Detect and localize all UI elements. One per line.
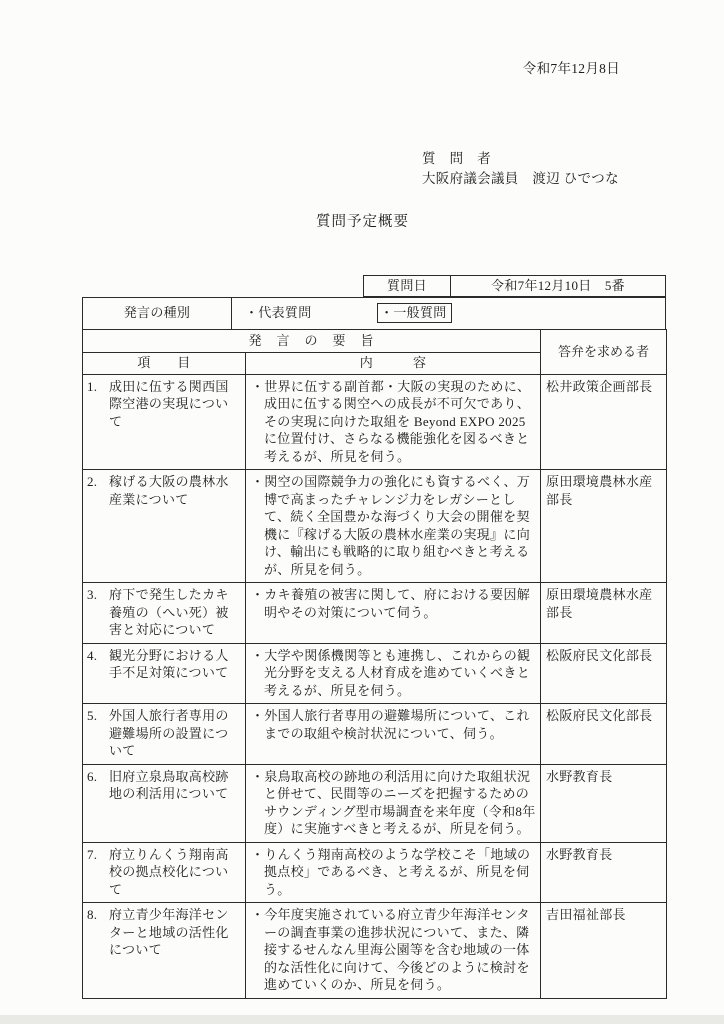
respondent-cell: 原田環境農林水産部長 <box>541 470 667 583</box>
item-cell: 4.観光分野における人手不足対策について <box>83 643 246 704</box>
content-cell: ・世界に伍する副首都・大阪の実現のために、成田に伍する関空への成長が不可欠であり… <box>246 374 541 470</box>
item-cell: 7.府立りんくう翔南高校の拠点校化について <box>83 842 246 903</box>
option-general-question: ・一般質問 <box>377 303 452 324</box>
table-row: 2.稼げる大阪の農林水産業について・関空の国際競争力の強化にも資するべく、万博で… <box>83 470 667 583</box>
content-text: ・りんくう翔南高校のような学校こそ「地域の拠点校」であるべき、と考えるが、所見を… <box>251 846 536 899</box>
content-text: ・世界に伍する副首都・大阪の実現のために、成田に伍する関空への成長が不可欠であり… <box>251 378 536 466</box>
row-number: 5. <box>87 707 109 725</box>
content-text: ・大学や関係機関等とも連携し、これからの観光分野を支える人材育成を進めていくべき… <box>251 647 536 700</box>
question-summary-table: 発 言 の 要 旨 答弁を求める者 項 目 内 容 1.成田に伍する関西国際空港… <box>82 329 667 999</box>
questioner-label: 質 問 者 <box>422 150 619 168</box>
questioner-block: 質 問 者 大阪府議会議員 渡辺 ひでつな <box>422 150 619 189</box>
item-cell: 8.府立青少年海洋センターと地域の活性化について <box>83 903 246 999</box>
content-cell: ・大学や関係機関等とも連携し、これからの観光分野を支える人材育成を進めていくべき… <box>246 643 541 704</box>
item-title: 成田に伍する関西国際空港の実現について <box>109 379 229 429</box>
respondent-cell: 松阪府民文化部長 <box>541 704 667 765</box>
question-date-value: 令和7年12月10日 5番 <box>451 276 666 297</box>
item-title: 旧府立泉鳥取高校跡地の利活用について <box>109 769 229 802</box>
respondent-cell: 松阪府民文化部長 <box>541 643 667 704</box>
speech-type-label: 発言の種別 <box>83 298 232 330</box>
content-cell: ・りんくう翔南高校のような学校こそ「地域の拠点校」であるべき、と考えるが、所見を… <box>246 842 541 903</box>
questioner-name: 大阪府議会議員 渡辺 ひでつな <box>422 170 619 188</box>
row-number: 4. <box>87 647 109 665</box>
content-text: ・外国人旅行者専用の避難場所について、これまでの取組や検討状況について、伺う。 <box>251 707 536 742</box>
row-number: 7. <box>87 846 109 864</box>
content-text: ・関空の国際競争力の強化にも資するべく、万博で高まったチャレンジ力をレガシーとし… <box>251 473 536 578</box>
item-cell: 6.旧府立泉鳥取高校跡地の利活用について <box>83 764 246 842</box>
table-header-row-gist: 発 言 の 要 旨 答弁を求める者 <box>83 330 667 353</box>
table-row: 5.外国人旅行者専用の避難場所の設置について・外国人旅行者専用の避難場所について… <box>83 704 667 765</box>
item-cell: 3.府下で発生したカキ養殖の（へい死）被害と対応について <box>83 583 246 644</box>
header-respondent: 答弁を求める者 <box>541 330 667 375</box>
row-number: 1. <box>87 378 109 396</box>
content-cell: ・カキ養殖の被害に関して、府における要因解明やその対策について伺う。 <box>246 583 541 644</box>
respondent-cell: 原田環境農林水産部長 <box>541 583 667 644</box>
item-title: 府立青少年海洋センターと地域の活性化について <box>109 907 229 957</box>
content-text: ・泉鳥取高校の跡地の利活用に向けた取組状況と併せて、民間等のニーズを把握するため… <box>251 768 536 838</box>
item-cell: 1.成田に伍する関西国際空港の実現について <box>83 374 246 470</box>
question-date-row: 質問日 令和7年12月10日 5番 <box>364 276 666 297</box>
table-row: 4.観光分野における人手不足対策について・大学や関係機関等とも連携し、これからの… <box>83 643 667 704</box>
speech-type-row: 発言の種別 ・代表質問 ・一般質問 <box>83 298 666 330</box>
content-cell: ・今年度実施されている府立青少年海洋センターの調査事業の進捗状況について、また、… <box>246 903 541 999</box>
table-row: 6.旧府立泉鳥取高校跡地の利活用について・泉鳥取高校の跡地の利活用に向けた取組状… <box>83 764 667 842</box>
item-title: 外国人旅行者専用の避難場所の設置について <box>109 708 229 758</box>
item-cell: 5.外国人旅行者専用の避難場所の設置について <box>83 704 246 765</box>
item-title: 稼げる大阪の農林水産業について <box>109 474 229 507</box>
item-cell: 2.稼げる大阪の農林水産業について <box>83 470 246 583</box>
row-number: 3. <box>87 586 109 604</box>
row-number: 8. <box>87 906 109 924</box>
respondent-cell: 水野教育長 <box>541 764 667 842</box>
header-gist: 発 言 の 要 旨 <box>83 330 541 353</box>
row-number: 2. <box>87 473 109 491</box>
respondent-cell: 吉田福祉部長 <box>541 903 667 999</box>
document-date: 令和7年12月8日 <box>0 60 724 78</box>
table-row: 1.成田に伍する関西国際空港の実現について・世界に伍する副首都・大阪の実現のため… <box>83 374 667 470</box>
content-text: ・今年度実施されている府立青少年海洋センターの調査事業の進捗状況について、また、… <box>251 906 536 994</box>
table-row: 7.府立りんくう翔南高校の拠点校化について・りんくう翔南高校のような学校こそ「地… <box>83 842 667 903</box>
item-title: 府下で発生したカキ養殖の（へい死）被害と対応について <box>109 587 229 637</box>
table-row: 8.府立青少年海洋センターと地域の活性化について・今年度実施されている府立青少年… <box>83 903 667 999</box>
header-content: 内 容 <box>246 353 541 375</box>
respondent-cell: 松井政策企画部長 <box>541 374 667 470</box>
header-item: 項 目 <box>83 353 246 375</box>
content-text: ・カキ養殖の被害に関して、府における要因解明やその対策について伺う。 <box>251 586 536 621</box>
content-cell: ・泉鳥取高校の跡地の利活用に向けた取組状況と併せて、民間等のニーズを把握するため… <box>246 764 541 842</box>
content-cell: ・外国人旅行者専用の避難場所について、これまでの取組や検討状況について、伺う。 <box>246 704 541 765</box>
content-cell: ・関空の国際競争力の強化にも資するべく、万博で高まったチャレンジ力をレガシーとし… <box>246 470 541 583</box>
item-title: 観光分野における人手不足対策について <box>109 648 229 681</box>
respondent-cell: 水野教育長 <box>541 842 667 903</box>
item-title: 府立りんくう翔南高校の拠点校化について <box>109 847 229 897</box>
speech-type-table: 発言の種別 ・代表質問 ・一般質問 <box>82 297 666 330</box>
page-bottom-edge <box>0 1015 724 1024</box>
option-representative-question: ・代表質問 <box>245 304 312 322</box>
row-number: 6. <box>87 768 109 786</box>
question-date-table: 質問日 令和7年12月10日 5番 <box>363 275 666 297</box>
speech-type-options: ・代表質問 ・一般質問 <box>232 298 666 330</box>
table-row: 3.府下で発生したカキ養殖の（へい死）被害と対応について・カキ養殖の被害に関して… <box>83 583 667 644</box>
question-date-label: 質問日 <box>364 276 451 297</box>
page-title: 質問予定概要 <box>316 214 409 232</box>
document-page: 令和7年12月8日 質 問 者 大阪府議会議員 渡辺 ひでつな 質問予定概要 質… <box>0 0 724 1024</box>
